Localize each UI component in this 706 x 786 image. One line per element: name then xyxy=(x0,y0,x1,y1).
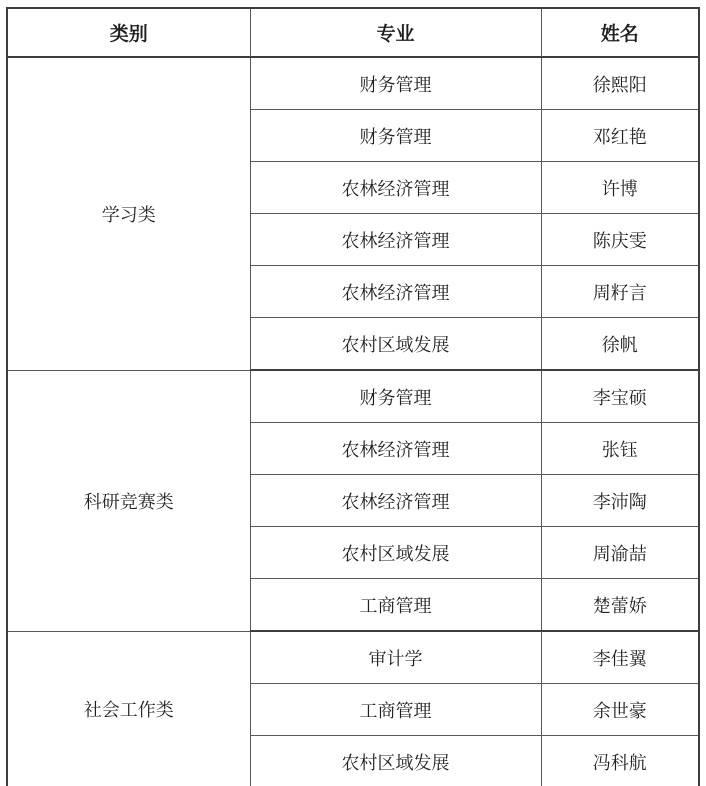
major-cell: 工商管理 xyxy=(250,684,541,736)
name-cell: 李沛陶 xyxy=(541,475,699,527)
major-cell: 审计学 xyxy=(250,631,541,684)
roster-table: 类别 专业 姓名 学习类财务管理徐熙阳财务管理邓红艳农林经济管理许博农林经济管理… xyxy=(6,7,700,786)
name-cell: 徐帆 xyxy=(541,318,699,371)
name-cell: 李佳翼 xyxy=(541,631,699,684)
major-cell: 农村区域发展 xyxy=(250,527,541,579)
major-cell: 农村区域发展 xyxy=(250,318,541,371)
major-cell: 农林经济管理 xyxy=(250,214,541,266)
major-cell: 农村区域发展 xyxy=(250,736,541,786)
name-cell: 陈庆雯 xyxy=(541,214,699,266)
name-cell: 徐熙阳 xyxy=(541,57,699,110)
table-row: 社会工作类审计学李佳翼 xyxy=(7,631,699,684)
name-cell: 楚蕾娇 xyxy=(541,579,699,632)
category-cell: 社会工作类 xyxy=(7,631,250,786)
major-cell: 农林经济管理 xyxy=(250,475,541,527)
major-cell: 农林经济管理 xyxy=(250,266,541,318)
name-cell: 邓红艳 xyxy=(541,110,699,162)
column-header-major: 专业 xyxy=(250,8,541,57)
major-cell: 工商管理 xyxy=(250,579,541,632)
major-cell: 农林经济管理 xyxy=(250,162,541,214)
column-header-name: 姓名 xyxy=(541,8,699,57)
document-page: 类别 专业 姓名 学习类财务管理徐熙阳财务管理邓红艳农林经济管理许博农林经济管理… xyxy=(0,7,706,786)
name-cell: 余世豪 xyxy=(541,684,699,736)
header-row: 类别 专业 姓名 xyxy=(7,8,699,57)
category-cell: 科研竞赛类 xyxy=(7,370,250,631)
column-header-category: 类别 xyxy=(7,8,250,57)
major-cell: 财务管理 xyxy=(250,370,541,423)
category-cell: 学习类 xyxy=(7,57,250,370)
name-cell: 周籽言 xyxy=(541,266,699,318)
table-row: 科研竞赛类财务管理李宝硕 xyxy=(7,370,699,423)
major-cell: 财务管理 xyxy=(250,110,541,162)
name-cell: 张钰 xyxy=(541,423,699,475)
name-cell: 冯科航 xyxy=(541,736,699,786)
major-cell: 农林经济管理 xyxy=(250,423,541,475)
name-cell: 李宝硕 xyxy=(541,370,699,423)
table-row: 学习类财务管理徐熙阳 xyxy=(7,57,699,110)
major-cell: 财务管理 xyxy=(250,57,541,110)
name-cell: 周渝喆 xyxy=(541,527,699,579)
name-cell: 许博 xyxy=(541,162,699,214)
